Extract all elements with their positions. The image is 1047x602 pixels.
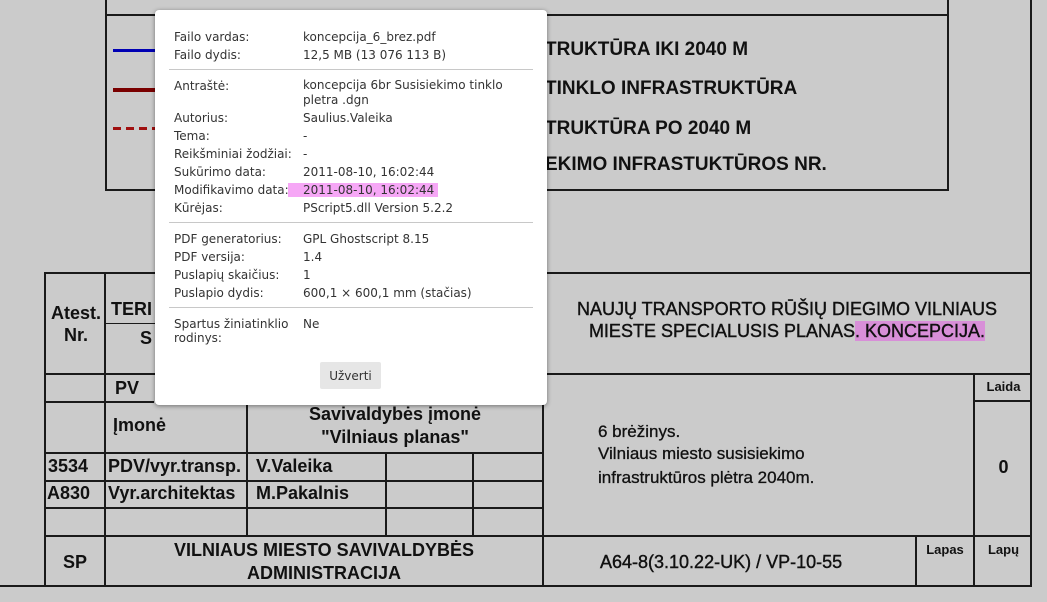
prop-row-pdf-version: PDF versija: 1.4	[174, 248, 535, 266]
s-fragment: S	[140, 328, 152, 349]
close-button[interactable]: Užverti	[320, 362, 381, 389]
tb-row-line-2	[44, 401, 154, 403]
company-line2: "Vilniaus planas"	[248, 427, 542, 448]
drawing-desc-2: Vilniaus miesto susisiekimo	[598, 444, 805, 464]
prop-row-filesize: Failo dydis: 12,5 MB (13 076 113 B)	[174, 46, 535, 64]
prop-value: 2011-08-10, 16:02:44	[303, 163, 535, 181]
prop-label: Puslapių skaičius:	[174, 266, 303, 284]
frame-right-line	[1030, 0, 1032, 587]
atest-1: 3534	[48, 456, 88, 477]
prop-label: Kūrėjas:	[174, 199, 303, 217]
name-2: M.Pakalnis	[256, 483, 349, 504]
legend-text-1: TRUKTŪRA IKI 2040 M	[545, 39, 748, 61]
teri-fragment: TERI	[111, 299, 152, 320]
prop-row-producer: PDF generatorius: GPL Ghostscript 8.15	[174, 230, 535, 248]
separator	[169, 222, 533, 223]
role-2: Vyr.architektas	[108, 483, 235, 504]
prop-label: Spartus žiniatinklio rodinys:	[174, 315, 303, 345]
prop-value: 600,1 × 600,1 mm (stačias)	[303, 284, 535, 302]
prop-label: PDF generatorius:	[174, 230, 303, 248]
prop-value: PScript5.dll Version 5.2.2	[303, 199, 535, 217]
prop-label: Autorius:	[174, 109, 303, 127]
prop-row-title: Antraštė: koncepcija 6br Susisiekimo tin…	[174, 77, 535, 108]
company-line1: Savivaldybės įmonė	[248, 404, 542, 425]
prop-row-modified: Modifikavimo data: 2011-08-10, 16:02:44	[174, 181, 535, 199]
prop-label: Sukūrimo data:	[174, 163, 303, 181]
prop-row-creator: Kūrėjas: PScript5.dll Version 5.2.2	[174, 199, 535, 217]
atest-label: Atest. Nr.	[46, 302, 106, 346]
prop-row-author: Autorius: Saulius.Valeika	[174, 109, 535, 127]
tb-row-line-3	[44, 452, 542, 454]
laida-label: Laida	[975, 379, 1032, 394]
legend-line-dashed	[113, 127, 158, 130]
separator	[169, 69, 533, 70]
tb-col3-line	[385, 452, 387, 535]
prop-label: Failo vardas:	[174, 28, 303, 46]
legend-right-border	[947, 0, 949, 190]
prop-label: Reikšminiai žodžiai:	[174, 145, 303, 163]
legend-line-blue	[113, 49, 158, 52]
prop-label: Antraštė:	[174, 77, 303, 108]
separator	[169, 307, 533, 308]
atest-2: A830	[47, 483, 90, 504]
prop-label: Puslapio dydis:	[174, 284, 303, 302]
prop-row-subject: Tema: -	[174, 127, 535, 145]
prop-value: koncepcija_6_brez.pdf	[303, 28, 535, 46]
drawing-desc-1: 6 brėžinys.	[598, 422, 680, 442]
prop-value: -	[303, 127, 535, 145]
project-title-highlight: . KONCEPCIJA.	[855, 321, 985, 341]
laida-value: 0	[975, 457, 1032, 478]
legend-text-3: TRUKTŪRA PO 2040 M	[545, 118, 751, 140]
prop-row-page-count: Puslapių skaičius: 1	[174, 266, 535, 284]
legend-left-border	[105, 0, 107, 190]
project-title-plain: MIESTE SPECIALUSIS PLANAS	[589, 321, 855, 341]
prop-label: PDF versija:	[174, 248, 303, 266]
legend-text-2: TINKLO INFRASTRUKTŪRA	[545, 78, 797, 100]
pv-label: PV	[115, 378, 139, 399]
prop-value: koncepcija 6br Susisiekimo tinklo pletra…	[303, 77, 535, 108]
prop-value: Ne	[303, 315, 535, 345]
prop-row-keywords: Reikšminiai žodžiai: -	[174, 145, 535, 163]
doc-code: A64-8(3.10.22-UK) / VP-10-55	[600, 552, 842, 573]
prop-label: Modifikavimo data:	[174, 181, 303, 199]
prop-row-page-size: Puslapio dydis: 600,1 × 600,1 mm (stačia…	[174, 284, 535, 302]
lapu-label: Lapų	[975, 542, 1032, 557]
prop-value: Saulius.Valeika	[303, 109, 535, 127]
name-1: V.Valeika	[256, 456, 332, 477]
prop-value: GPL Ghostscript 8.15	[303, 230, 535, 248]
sp-label: SP	[46, 552, 104, 573]
drawing-desc-3: infrastruktūros plėtra 2040m.	[598, 468, 814, 488]
legend-line-darkred	[113, 88, 158, 92]
tb-row-line-4	[44, 480, 542, 482]
prop-row-fast-web-view: Spartus žiniatinklio rodinys: Ne	[174, 315, 535, 345]
client-line2: ADMINISTRACIJA	[106, 563, 542, 584]
prop-label: Failo dydis:	[174, 46, 303, 64]
client-line1: VILNIAUS MIESTO SAVIVALDYBĖS	[106, 540, 542, 561]
prop-row-filename: Failo vardas: koncepcija_6_brez.pdf	[174, 28, 535, 46]
prop-value: 1.4	[303, 248, 535, 266]
tb-teri-line	[104, 323, 156, 324]
role-1: PDV/vyr.transp.	[108, 456, 241, 477]
prop-label: Tema:	[174, 127, 303, 145]
prop-row-created: Sukūrimo data: 2011-08-10, 16:02:44	[174, 163, 535, 181]
prop-value-highlighted: 2011-08-10, 16:02:44	[288, 183, 438, 197]
prop-value: 1	[303, 266, 535, 284]
tb-col4-line	[472, 452, 474, 535]
document-properties-dialog: Failo vardas: koncepcija_6_brez.pdf Fail…	[155, 10, 547, 405]
project-title-line1: NAUJŲ TRANSPORTO RŪŠIŲ DIEGIMO VILNIAUS	[544, 299, 1030, 320]
legend-text-4: EKIMO INFRASTUKTŪROS NR.	[545, 154, 827, 176]
tb-row-line-6	[44, 535, 1032, 537]
tb-laida-sub-line	[973, 400, 1032, 402]
frame-bottom-line	[0, 585, 1032, 587]
tb-row-line-5	[44, 507, 542, 509]
imone-label: Įmonė	[113, 415, 166, 436]
lapas-label: Lapas	[917, 542, 973, 557]
prop-value: -	[303, 145, 535, 163]
project-title-line2: MIESTE SPECIALUSIS PLANAS. KONCEPCIJA.	[544, 321, 1030, 342]
prop-value: 12,5 MB (13 076 113 B)	[303, 46, 535, 64]
